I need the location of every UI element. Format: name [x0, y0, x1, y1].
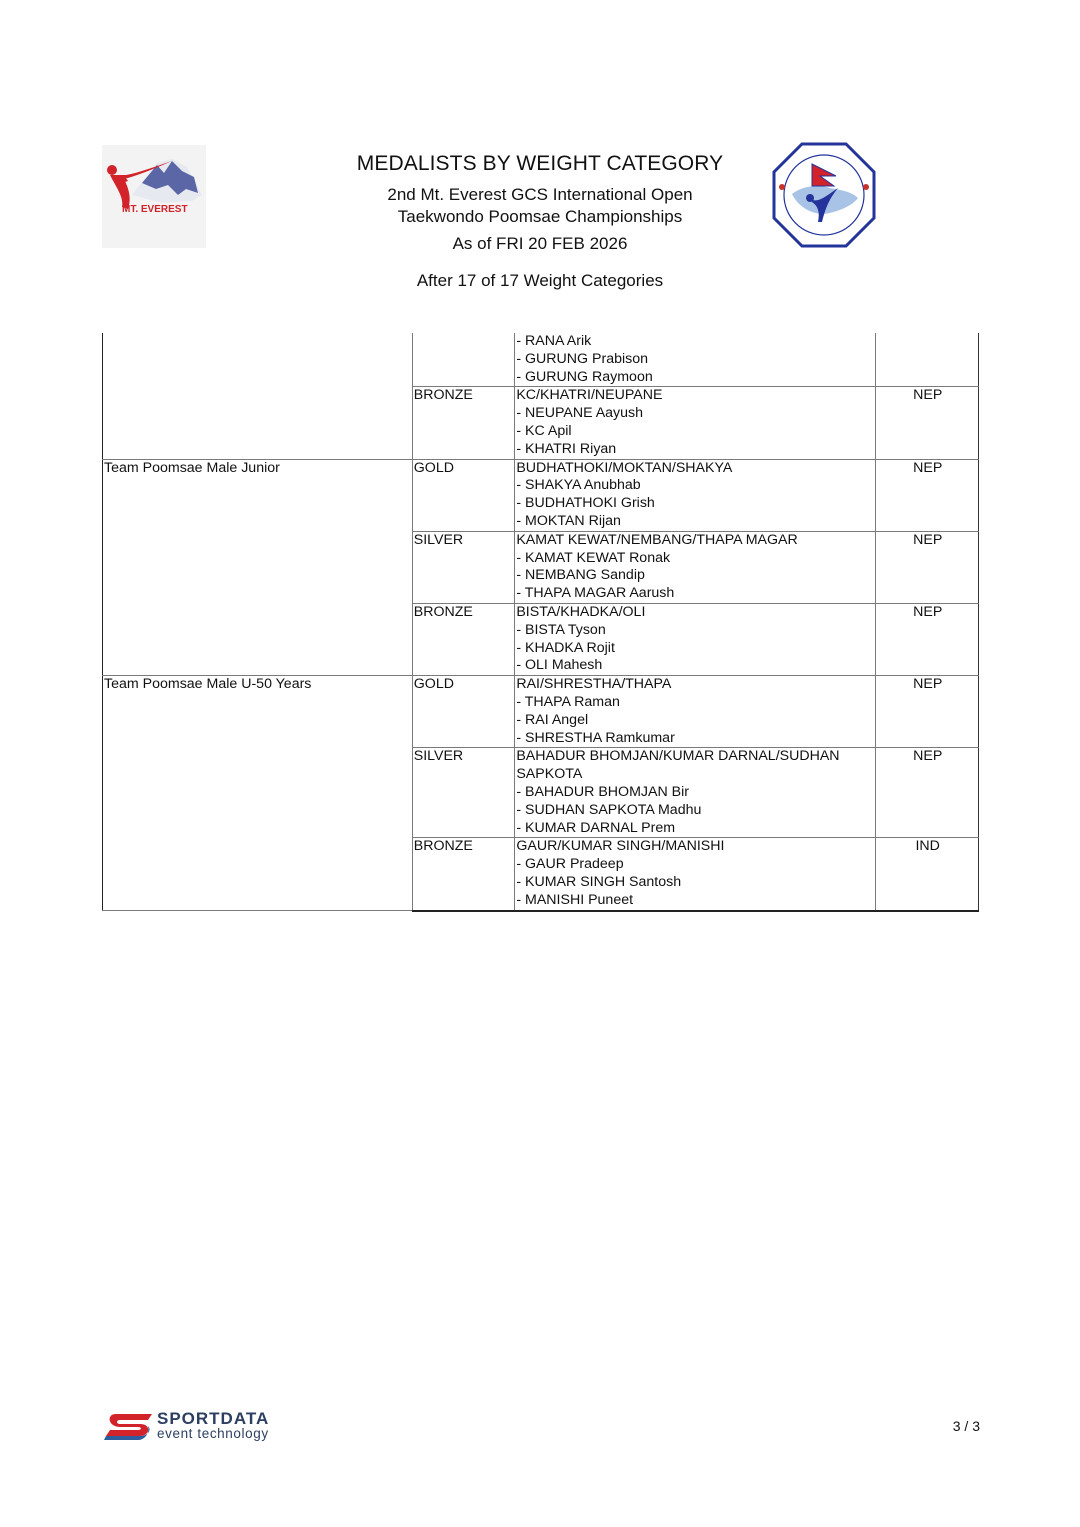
mt-everest-logo-icon: MT. EVEREST	[102, 145, 206, 248]
team-member: - RAI Angel	[516, 712, 875, 730]
team-name: RAI/SHRESTHA/THAPA	[516, 676, 875, 694]
team-cell: BISTA/KHADKA/OLI- BISTA Tyson- KHADKA Ro…	[515, 603, 876, 675]
nation-cell: NEP	[876, 387, 979, 459]
team-member: - BUDHATHOKI Grish	[516, 495, 875, 513]
nepal-taekwondo-association-logo	[772, 142, 876, 248]
team-cell: BUDHATHOKI/MOKTAN/SHAKYA- SHAKYA Anubhab…	[515, 459, 876, 531]
team-name: BAHADUR BHOMJAN/KUMAR DARNAL/SUDHAN SAPK…	[516, 748, 875, 784]
team-member: - RANA Arik	[516, 333, 875, 351]
page-title: MEDALISTS BY WEIGHT CATEGORY	[300, 152, 780, 176]
team-member: - KHATRI Riyan	[516, 441, 875, 459]
team-member: - GAUR Pradeep	[516, 856, 875, 874]
team-cell: KAMAT KEWAT/NEMBANG/THAPA MAGAR- KAMAT K…	[515, 531, 876, 603]
medal-cell: SILVER	[412, 748, 515, 838]
team-member: - SHAKYA Anubhab	[516, 477, 875, 495]
nation-cell: NEP	[876, 603, 979, 675]
team-member: - THAPA MAGAR Aarush	[516, 585, 875, 603]
table-row: Team Poomsae Male U-50 YearsGOLDRAI/SHRE…	[103, 676, 979, 748]
team-member: - OLI Mahesh	[516, 657, 875, 675]
team-member: - THAPA Raman	[516, 694, 875, 712]
team-name: BUDHATHOKI/MOKTAN/SHAKYA	[516, 460, 875, 478]
team-member: - KUMAR DARNAL Prem	[516, 820, 875, 838]
team-member: - GURUNG Raymoon	[516, 369, 875, 387]
medal-cell: SILVER	[412, 531, 515, 603]
nation-cell	[876, 333, 979, 387]
team-member: - KUMAR SINGH Santosh	[516, 874, 875, 892]
table-row: Team Poomsae Male JuniorGOLDBUDHATHOKI/M…	[103, 459, 979, 531]
svg-text:MT. EVEREST: MT. EVEREST	[122, 204, 188, 215]
team-member: - MANISHI Puneet	[516, 892, 875, 910]
team-member: - KHADKA Rojit	[516, 640, 875, 658]
team-member: - SHRESTHA Ramkumar	[516, 730, 875, 748]
nation-cell: NEP	[876, 531, 979, 603]
nation-cell: NEP	[876, 748, 979, 838]
sportdata-s-icon	[102, 1410, 156, 1444]
team-member: - NEUPANE Aayush	[516, 405, 875, 423]
category-cell	[103, 333, 413, 459]
team-member: - NEMBANG Sandip	[516, 567, 875, 585]
team-name: GAUR/KUMAR SINGH/MANISHI	[516, 838, 875, 856]
medal-cell	[412, 333, 515, 387]
team-cell: KC/KHATRI/NEUPANE- NEUPANE Aayush- KC Ap…	[515, 387, 876, 459]
event-name-line1: 2nd Mt. Everest GCS International Open	[300, 185, 780, 205]
medal-cell: BRONZE	[412, 603, 515, 675]
nation-cell: IND	[876, 838, 979, 911]
team-member: - BISTA Tyson	[516, 622, 875, 640]
footer-tagline: event technology	[157, 1426, 269, 1441]
page-number: 3 / 3	[940, 1418, 980, 1434]
medal-cell: BRONZE	[412, 838, 515, 911]
nation-cell: NEP	[876, 676, 979, 748]
category-cell: Team Poomsae Male Junior	[103, 459, 413, 676]
team-cell: BAHADUR BHOMJAN/KUMAR DARNAL/SUDHAN SAPK…	[515, 748, 876, 838]
nation-cell: NEP	[876, 459, 979, 531]
medal-cell: BRONZE	[412, 387, 515, 459]
report-date: As of FRI 20 FEB 2026	[300, 234, 780, 254]
team-member: - GURUNG Prabison	[516, 351, 875, 369]
mt-everest-logo: MT. EVEREST	[102, 145, 206, 248]
medalists-table: - RANA Arik- GURUNG Prabison- GURUNG Ray…	[102, 333, 979, 912]
team-name: KAMAT KEWAT/NEMBANG/THAPA MAGAR	[516, 532, 875, 550]
team-member: - SUDHAN SAPKOTA Madhu	[516, 802, 875, 820]
table-row: - RANA Arik- GURUNG Prabison- GURUNG Ray…	[103, 333, 979, 387]
medal-cell: GOLD	[412, 459, 515, 531]
team-member: - KAMAT KEWAT Ronak	[516, 550, 875, 568]
team-cell: - RANA Arik- GURUNG Prabison- GURUNG Ray…	[515, 333, 876, 387]
event-name-line2: Taekwondo Poomsae Championships	[300, 207, 780, 227]
nta-emblem-icon	[772, 142, 876, 248]
team-name: BISTA/KHADKA/OLI	[516, 604, 875, 622]
team-member: - BAHADUR BHOMJAN Bir	[516, 784, 875, 802]
team-cell: GAUR/KUMAR SINGH/MANISHI- GAUR Pradeep- …	[515, 838, 876, 911]
medal-cell: GOLD	[412, 676, 515, 748]
category-cell: Team Poomsae Male U-50 Years	[103, 676, 413, 911]
team-cell: RAI/SHRESTHA/THAPA- THAPA Raman- RAI Ang…	[515, 676, 876, 748]
categories-progress: After 17 of 17 Weight Categories	[300, 271, 780, 291]
team-name: KC/KHATRI/NEUPANE	[516, 387, 875, 405]
team-member: - MOKTAN Rijan	[516, 513, 875, 531]
team-member: - KC Apil	[516, 423, 875, 441]
